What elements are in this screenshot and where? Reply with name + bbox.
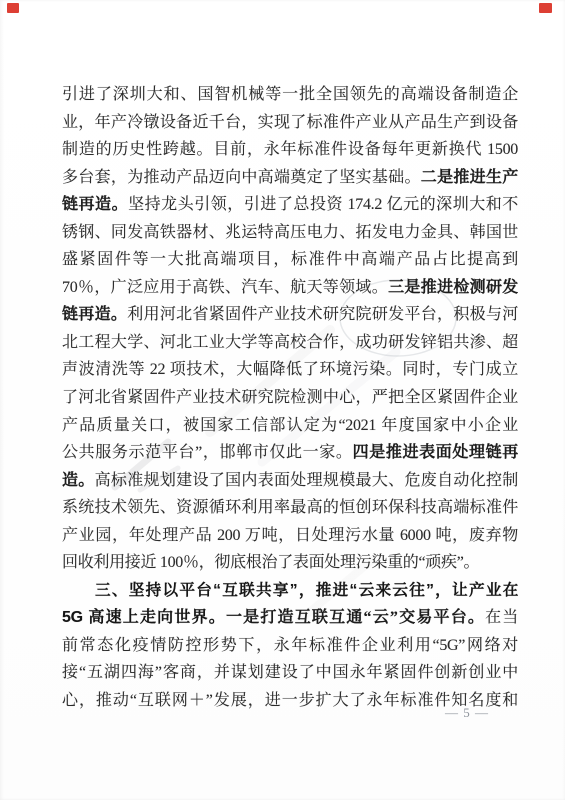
text-segment: 了河北省紧固件产业技术研究院检测中心，严把全区紧固件企业 [62,389,518,406]
text-line: 引进了深圳大和、国智机械等一批全国领先的高端设备制造企 [62,81,518,109]
page-number: — 5 — [438,705,496,721]
text-line: 70％，广泛应用于高铁、汽车、航天等领域。三是推进检测研发 [62,274,518,302]
text-segment: 坚持龙头引领，引进了总投资 174.2 亿元的深圳大和不 [128,196,518,213]
text-segment: 回收利用接近 100％，彻底根治了表面处理污染重的“顽疾”。 [62,554,479,571]
text-line: 回收利用接近 100％，彻底根治了表面处理污染重的“顽疾”。 [62,549,518,577]
text-segment: 70％，广泛应用于高铁、汽车、航天等领域。 [62,279,388,296]
body-text: 引进了深圳大和、国智机械等一批全国领先的高端设备制造企业，年产冷镦设备近千台，实… [62,81,518,715]
text-segment: 链再造。 [62,306,127,323]
text-segment: 三是推进检测研发 [388,279,518,296]
text-line: 系统技术领先、资源循环利用率最高的恒创环保科技高端标准件 [62,494,518,522]
text-segment: 公共服务示范平台”，邯郸市仅此一家。 [62,444,353,461]
text-segment: 一是打造互联互通“云”交易平台。 [226,609,485,626]
text-line: 北工程大学、河北工业大学等高校合作，成功研发锌铝共渗、超 [62,329,518,357]
text-line: 前常态化疫情防控形势下，永年标准件企业利用“5G”网络对 [62,632,518,660]
text-segment: 二是推进生产 [421,169,518,186]
text-segment: 产业园，年处理产品 200 万吨，日处理污水量 6000 吨，废弃物 [62,527,518,544]
text-segment: 多台套，为推动产品迈向中高端奠定了坚实基础。 [62,169,421,186]
text-segment: 造。 [62,472,95,489]
text-line: 盛紧固件等一大批高端项目，标准件中高端产品占比提高到 [62,246,518,274]
text-line: 三、坚持以平台“互联共享”，推进“云来云往”，让产业在 [62,577,518,605]
text-segment: 业，年产冷镦设备近千台，实现了标准件产业从产品生产到设备 [62,114,518,131]
text-segment: 接“五湖四海”客商，并谋划建设了中国永年紧固件创新创业中 [62,664,518,681]
text-line: 造。高标准规划建设了国内表面处理规模最大、危废自动化控制 [62,467,518,495]
text-segment: 北工程大学、河北工业大学等高校合作，成功研发锌铝共渗、超 [62,334,518,351]
red-scan-mark-right [539,3,552,13]
text-segment: 产品质量关口，被国家工信部认定为“2021 年度国家中小企业 [62,417,518,434]
text-line: 业，年产冷镦设备近千台，实现了标准件产业从产品生产到设备 [62,109,518,137]
text-segment: 引进了深圳大和、国智机械等一批全国领先的高端设备制造企 [62,86,518,103]
text-segment: 5G 高速上走向世界。 [62,609,226,626]
text-line: 5G 高速上走向世界。一是打造互联互通“云”交易平台。在当 [62,604,518,632]
text-line: 公共服务示范平台”，邯郸市仅此一家。四是推进表面处理链再 [62,439,518,467]
text-line: 产业园，年处理产品 200 万吨，日处理污水量 6000 吨，废弃物 [62,522,518,550]
document-page: 引进了深圳大和、国智机械等一批全国领先的高端设备制造企业，年产冷镦设备近千台，实… [0,0,565,800]
text-segment: 高标准规划建设了国内表面处理规模最大、危废自动化控制 [95,472,518,489]
text-line: 链再造。利用河北省紧固件产业技术研究院研发平台，积极与河 [62,301,518,329]
text-segment: 链再造。 [62,196,128,213]
text-segment: 锈钢、同发高铁器材、兆运特高压电力、拓发电力金具、韩国世 [62,224,518,241]
text-segment: 系统技术领先、资源循环利用率最高的恒创环保科技高端标准件 [62,499,518,516]
text-segment: 在当 [485,609,518,626]
text-line: 了河北省紧固件产业技术研究院检测中心，严把全区紧固件企业 [62,384,518,412]
red-scan-mark-left [7,3,19,13]
text-segment: 前常态化疫情防控形势下，永年标准件企业利用“5G”网络对 [62,637,518,654]
text-line: 声波清洗等 22 项技术，大幅降低了环境污染。同时，专门成立 [62,356,518,384]
text-segment: 四是推进表面处理链再 [353,444,518,461]
text-line: 制造的历史性跨越。目前，永年标准件设备每年更新换代 1500 [62,136,518,164]
text-segment: 利用河北省紧固件产业技术研究院研发平台，积极与河 [127,306,518,323]
text-segment: 三、坚持以平台“互联共享”，推进“云来云往”，让产业在 [95,582,518,599]
text-line: 接“五湖四海”客商，并谋划建设了中国永年紧固件创新创业中 [62,659,518,687]
text-line: 锈钢、同发高铁器材、兆运特高压电力、拓发电力金具、韩国世 [62,219,518,247]
text-line: 产品质量关口，被国家工信部认定为“2021 年度国家中小企业 [62,412,518,440]
text-segment: 声波清洗等 22 项技术，大幅降低了环境污染。同时，专门成立 [62,361,518,378]
text-segment: 盛紧固件等一大批高端项目，标准件中高端产品占比提高到 [62,251,518,268]
text-line: 链再造。坚持龙头引领，引进了总投资 174.2 亿元的深圳大和不 [62,191,518,219]
text-segment: 制造的历史性跨越。目前，永年标准件设备每年更新换代 1500 [62,141,518,158]
text-line: 多台套，为推动产品迈向中高端奠定了坚实基础。二是推进生产 [62,164,518,192]
